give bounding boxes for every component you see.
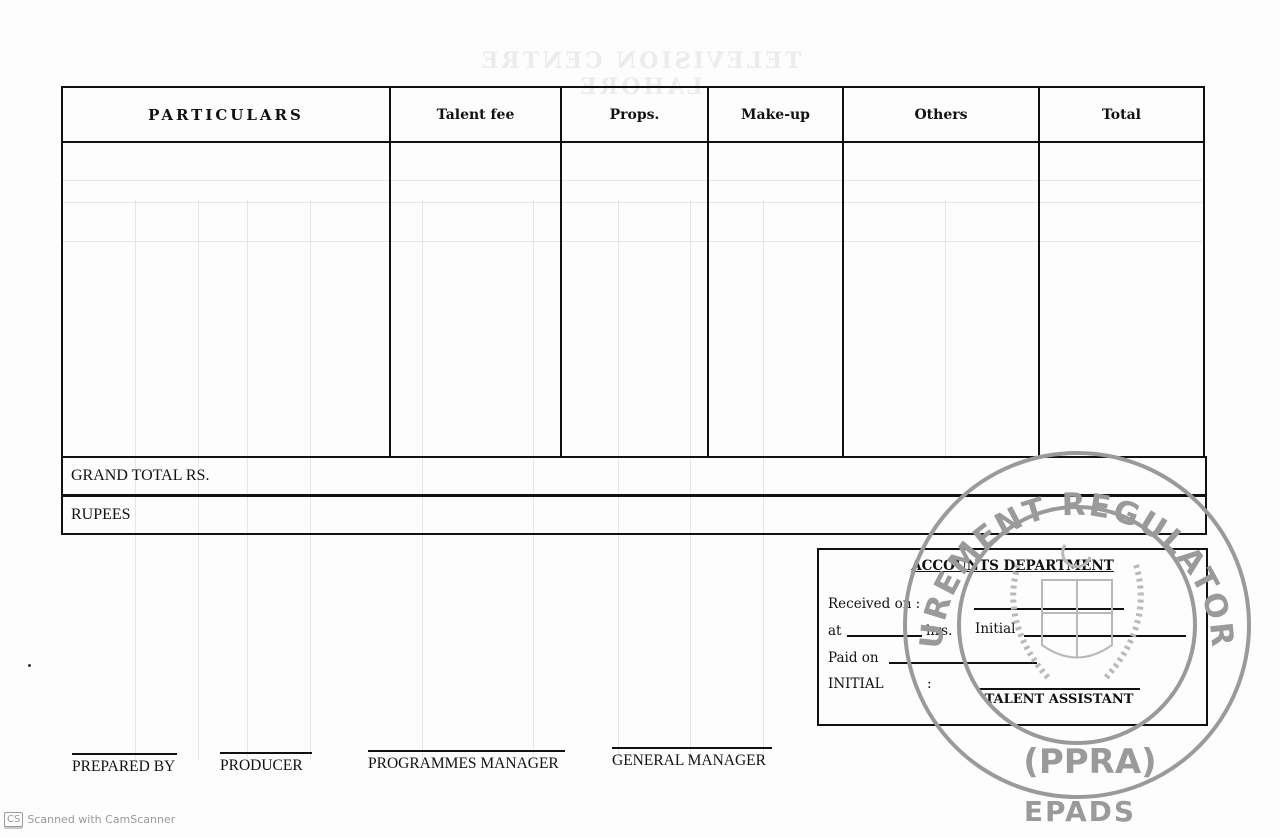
rupees-label: RUPEES	[71, 506, 131, 524]
stamp-abbr: (PPRA)	[1023, 742, 1156, 782]
initial-inline-field	[1024, 635, 1186, 637]
hrs-label: hrs.	[926, 623, 952, 639]
column-others: Others	[844, 88, 1040, 456]
signature-label: PRODUCER	[220, 757, 303, 774]
header-particulars: PARTICULARS	[63, 88, 389, 143]
signature-programmes-manager: PROGRAMMES MANAGER	[368, 755, 565, 773]
speck	[28, 664, 31, 667]
signature-general-manager: GENERAL MANAGER	[612, 752, 772, 770]
signature-label: PREPARED BY	[72, 758, 175, 775]
talent-assistant-label: TALENT ASSISTANT	[979, 692, 1139, 707]
initial-colon: :	[927, 676, 932, 692]
camscanner-text: Scanned with CamScanner	[27, 813, 175, 826]
accounts-department-box: ACCOUNTS DEPARTMENT Received on : at hrs…	[817, 548, 1208, 726]
camscanner-watermark: CS Scanned with CamScanner	[4, 812, 175, 827]
stamp-footer: EPADS	[1024, 795, 1136, 828]
paid-on-field	[889, 662, 1037, 664]
initial-inline-label: Initial	[975, 621, 1015, 637]
signature-line	[612, 747, 772, 749]
header-props: Props.	[562, 88, 707, 143]
talent-assistant-signature-line	[976, 688, 1140, 690]
column-particulars: PARTICULARS	[63, 88, 391, 456]
column-talent-fee: Talent fee	[391, 88, 562, 456]
column-total: Total	[1040, 88, 1203, 456]
camscanner-logo-icon: CS	[4, 812, 23, 827]
paid-on-label: Paid on	[828, 650, 879, 666]
header-talent-fee: Talent fee	[391, 88, 560, 143]
signature-producer: PRODUCER	[220, 757, 312, 775]
signature-line	[220, 752, 312, 754]
signature-line	[72, 753, 177, 755]
column-props: Props.	[562, 88, 709, 456]
header-total: Total	[1040, 88, 1203, 143]
at-hrs-field	[847, 635, 922, 637]
expense-table: PARTICULARS Talent fee Props. Make-up Ot…	[61, 86, 1205, 458]
column-make-up: Make-up	[709, 88, 844, 456]
initial-label: INITIAL	[828, 676, 884, 692]
signature-label: PROGRAMMES MANAGER	[368, 755, 559, 772]
header-make-up: Make-up	[709, 88, 842, 143]
signature-prepared-by: PREPARED BY	[72, 758, 177, 776]
grand-total-label: GRAND TOTAL RS.	[71, 467, 209, 485]
accounts-title: ACCOUNTS DEPARTMENT	[819, 558, 1206, 574]
header-others: Others	[844, 88, 1038, 143]
received-on-label: Received on :	[828, 596, 920, 612]
signature-line	[368, 750, 565, 752]
received-on-field	[974, 608, 1124, 610]
signature-label: GENERAL MANAGER	[612, 752, 766, 769]
at-label: at	[828, 623, 841, 639]
grand-total-row: GRAND TOTAL RS.	[61, 456, 1207, 496]
rupees-row: RUPEES	[61, 495, 1207, 535]
